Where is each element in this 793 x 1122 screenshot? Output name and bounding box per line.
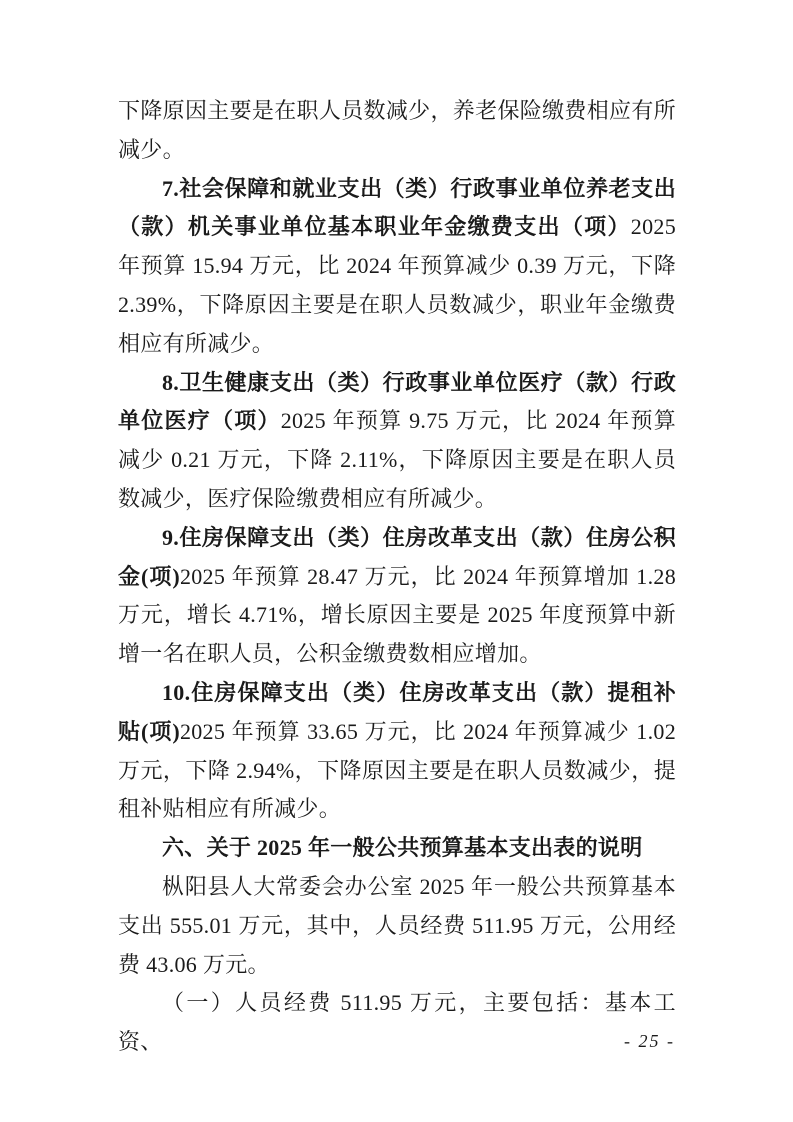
item-10-detail: 2025 年预算 33.65 万元，比 2024 年预算减少 1.02 万元，下…: [118, 719, 676, 822]
document-page: 下降原因主要是在职人员数减少，养老保险缴费相应有所减少。 7.社会保障和就业支出…: [0, 0, 793, 1122]
page-number: - 25 -: [624, 1031, 675, 1052]
item-7-title: 7.社会保障和就业支出（类）行政事业单位养老支出（款）机关事业单位基本职业年金缴…: [118, 176, 676, 240]
document-body: 下降原因主要是在职人员数减少，养老保险缴费相应有所减少。 7.社会保障和就业支出…: [118, 92, 676, 1062]
paragraph-pension-decrease-continuation: 下降原因主要是在职人员数减少，养老保险缴费相应有所减少。: [118, 92, 676, 170]
paragraph-item-9-housing-fund: 9.住房保障支出（类）住房改革支出（款）住房公积金(项)2025 年预算 28.…: [118, 519, 676, 674]
paragraph-item-10-rent-subsidy: 10.住房保障支出（类）住房改革支出（款）提租补贴(项)2025 年预算 33.…: [118, 674, 676, 829]
paragraph-item-8-medical: 8.卫生健康支出（类）行政事业单位医疗（款）行政单位医疗（项）2025 年预算 …: [118, 364, 676, 519]
paragraph-item-7-occupational-annuity: 7.社会保障和就业支出（类）行政事业单位养老支出（款）机关事业单位基本职业年金缴…: [118, 170, 676, 364]
item-9-detail: 2025 年预算 28.47 万元，比 2024 年预算增加 1.28 万元，增…: [118, 564, 676, 667]
paragraph-personnel-funds-detail: （一）人员经费 511.95 万元，主要包括：基本工资、: [118, 984, 676, 1062]
section-6-heading: 六、关于 2025 年一般公共预算基本支出表的说明: [118, 829, 676, 868]
paragraph-basic-expenditure-summary: 枞阳县人大常委会办公室 2025 年一般公共预算基本支出 555.01 万元，其…: [118, 868, 676, 984]
